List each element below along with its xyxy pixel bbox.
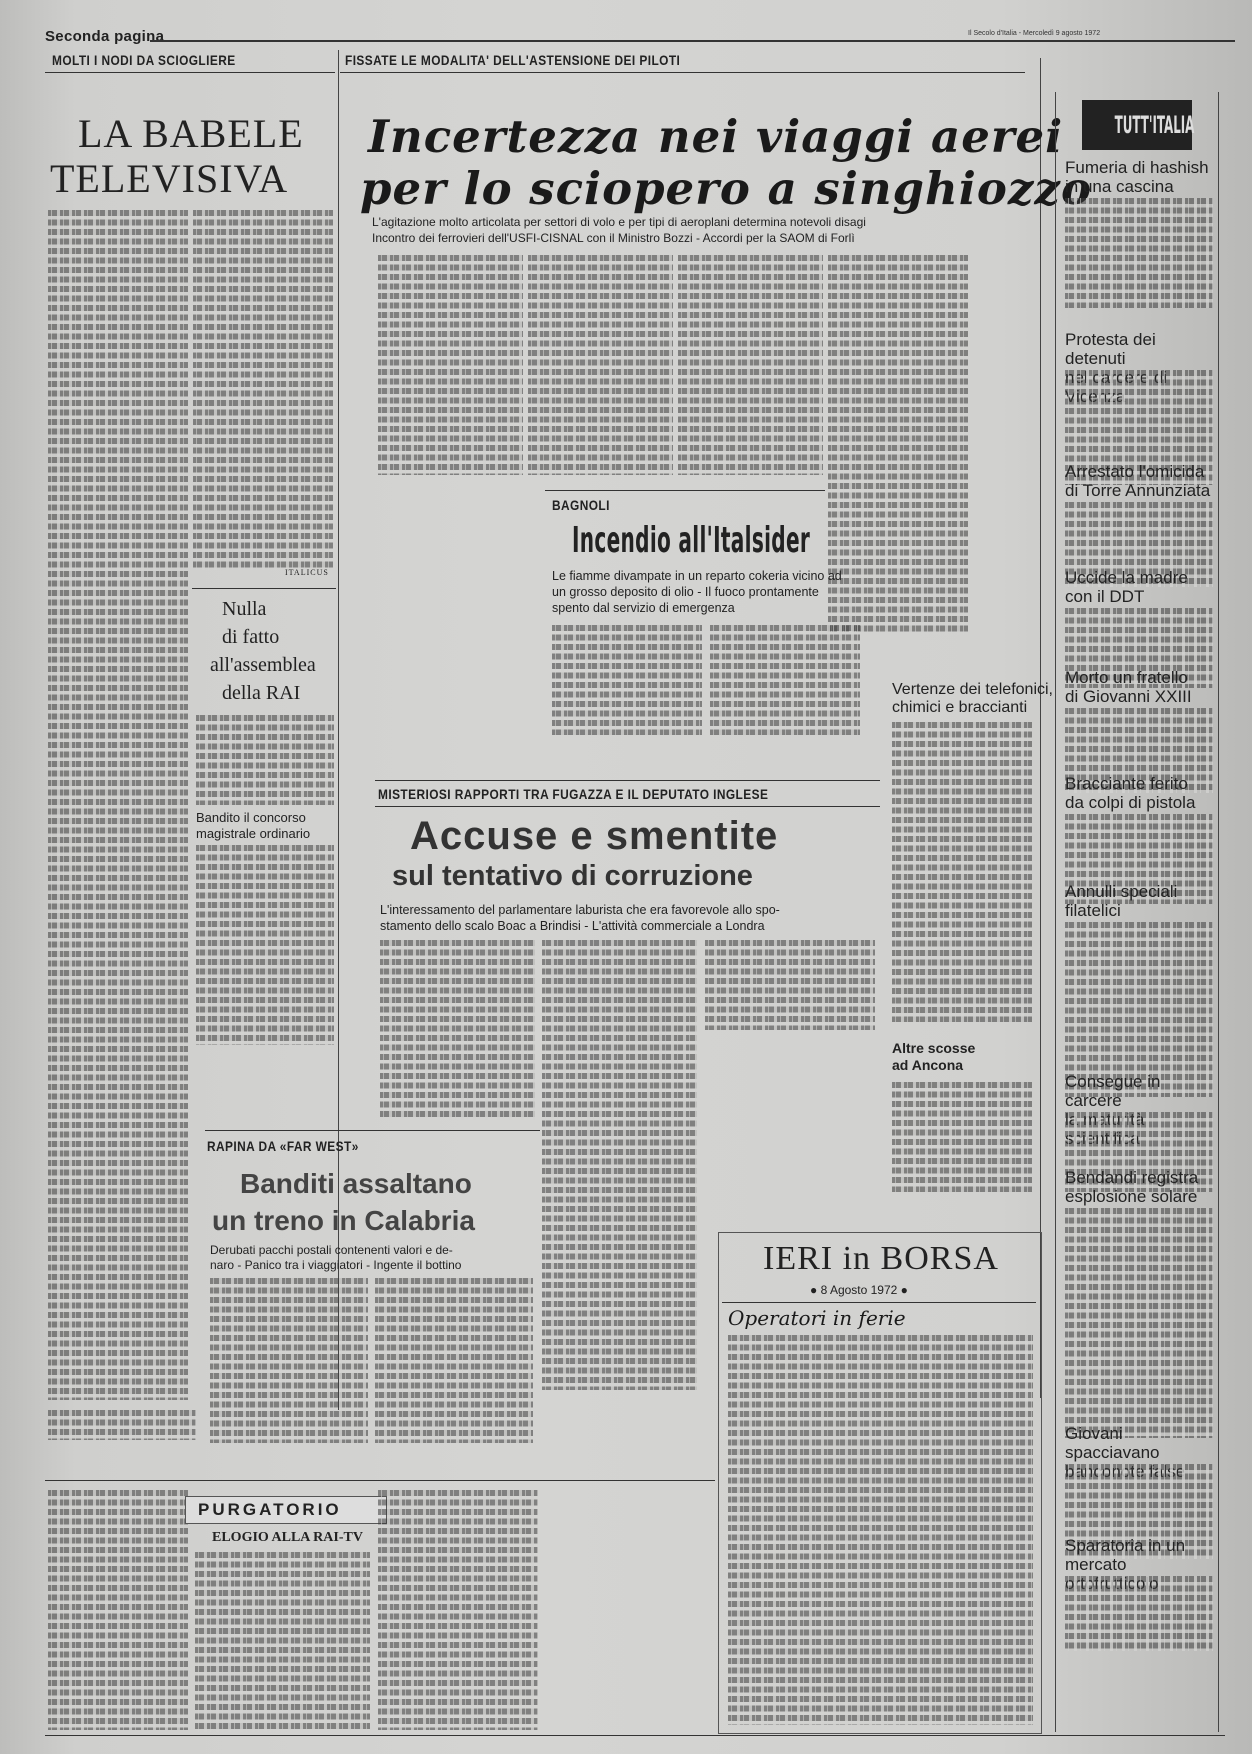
piloti-headline-1: Incertezza nei viaggi aerei (368, 110, 1063, 163)
bullet-icon: ● (810, 1283, 817, 1297)
brief-body (1065, 1576, 1213, 1651)
divider (45, 72, 335, 73)
borsa-date: ● 8 Agosto 1972 ● (810, 1283, 908, 1297)
left-col-lower (48, 1410, 196, 1440)
divider (722, 1302, 1036, 1303)
brief-title-line: Protesta dei detenuti (1065, 330, 1215, 368)
piloti-body-col3 (678, 255, 823, 475)
brief-headline: Bendandi registraesplosione solare (1065, 1168, 1215, 1206)
brief-title-line: da colpi di pistola (1065, 793, 1215, 812)
divider (545, 490, 825, 491)
bandito-headline-2: magistrale ordinario (196, 826, 310, 841)
sidebar-logo: TUTT'ITALIA (1082, 100, 1192, 150)
italsider-kicker: BAGNOLI (552, 497, 610, 513)
nulla-headline-1: Nulla (222, 598, 266, 621)
piloti-headline-2: per lo sciopero a singhiozzo (360, 162, 1092, 215)
banditi-headline-1: Banditi assaltano (240, 1168, 472, 1200)
babele-headline-1: LA BABELE (78, 110, 304, 157)
brief-title-line: Giovani spacciavano (1065, 1424, 1215, 1462)
bandito-headline-1: Bandito il concorso (196, 810, 306, 825)
brief-headline: Bracciante feritoda colpi di pistola (1065, 774, 1215, 812)
brief-headline: Morto un fratellodi Giovanni XXIII (1065, 668, 1215, 706)
brief-body (1065, 1208, 1213, 1438)
brief-headline: Fumeria di hashishin una cascina (1065, 158, 1215, 196)
brief-title-line: Morto un fratello (1065, 668, 1215, 687)
brief-title-line: Sparatoria in un (1065, 1536, 1215, 1555)
vertenze-headline-1: Vertenze dei telefonici, (892, 680, 1053, 699)
italsider-subhead: Le fiamme divampate in un reparto cokeri… (552, 568, 852, 616)
accuse-headline-1: Accuse e smentite (410, 814, 778, 859)
bottom-rule (45, 1735, 1225, 1736)
piloti-body-col1 (378, 255, 523, 475)
divider (45, 1480, 715, 1481)
accuse-body-col1 (380, 940, 535, 1120)
brief-title-line: Uccide la madre (1065, 568, 1215, 587)
section-title: Seconda pagina (45, 28, 164, 45)
banditi-subhead-1: Derubati pacchi postali contenenti valor… (210, 1243, 453, 1257)
purgatorio-body-col1 (48, 1490, 188, 1730)
brief-title-line: di Torre Annunziata (1065, 481, 1215, 500)
accuse-subhead-1: L'interessamento del parlamentare laburi… (380, 903, 780, 917)
brief-title-line: di Giovanni XXIII (1065, 687, 1215, 706)
purgatorio-body-col2 (195, 1552, 370, 1732)
brief-title-line: Arrestato l'omicida (1065, 462, 1215, 481)
accuse-subhead-2: stamento dello scalo Boac a Brindisi - L… (380, 919, 765, 933)
scosse-headline-1: Altre scosse (892, 1040, 975, 1056)
purgatorio-label: PURGATORIO (198, 1500, 342, 1520)
nulla-headline-4: della RAI (222, 682, 300, 705)
divider (205, 1130, 540, 1131)
brief-title-line: filatelici (1065, 901, 1215, 920)
babele-headline-2: TELEVISIVA (50, 155, 288, 202)
brief-title-line: con il DDT (1065, 587, 1215, 606)
borsa-date-text: 8 Agosto 1972 (821, 1283, 898, 1297)
accuse-body-col3 (705, 940, 875, 1030)
borsa-title: IERI in BORSA (763, 1240, 999, 1278)
babele-signature: ITALICUS (285, 568, 329, 577)
piloti-body-col2 (528, 255, 673, 475)
accuse-kicker: MISTERIOSI RAPPORTI TRA FUGAZZA E IL DEP… (378, 786, 768, 802)
purgatorio-body-col3 (378, 1490, 538, 1730)
borsa-headline: Operatori in ferie (728, 1306, 906, 1330)
nulla-headline-2: di fatto (222, 626, 279, 649)
sidebar-border (1218, 92, 1219, 1732)
banditi-body-col1 (210, 1278, 368, 1443)
divider (375, 780, 880, 781)
italsider-body-col1 (552, 625, 702, 735)
babele-body-col2 (193, 210, 333, 570)
vertenze-headline-2: chimici e braccianti (892, 698, 1027, 717)
banditi-body-col2 (375, 1278, 533, 1443)
babele-body-col1 (48, 210, 188, 1400)
piloti-subhead-2: Incontro dei ferrovieri dell'USFI-CISNAL… (372, 231, 855, 245)
dateline: Il Secolo d'Italia - Mercoledì 9 agosto … (968, 30, 1100, 37)
brief-headline: Arrestato l'omicidadi Torre Annunziata (1065, 462, 1215, 500)
divider (192, 588, 336, 589)
brief-body (1065, 198, 1213, 308)
brief-title-line: Bendandi registra (1065, 1168, 1215, 1187)
vertenze-body (892, 722, 1032, 1022)
scosse-body (892, 1082, 1032, 1192)
divider (375, 806, 880, 807)
sidebar-logo-text: TUTT'ITALIA (1115, 100, 1195, 150)
borsa-body (728, 1335, 1033, 1725)
sidebar-border (1055, 92, 1056, 1732)
italsider-headline: Incendio all'Italsider (572, 520, 810, 561)
divider (340, 72, 1025, 73)
piloti-subhead-1: L'agitazione molto articolata per settor… (372, 215, 866, 229)
nulla-body (196, 715, 334, 805)
italsider-body-col2 (710, 625, 860, 735)
piloti-kicker: FISSATE LE MODALITA' DELL'ASTENSIONE DEI… (345, 52, 680, 68)
banditi-kicker: RAPINA DA «FAR WEST» (207, 1138, 359, 1154)
brief-title-line: Consegue in carcere (1065, 1072, 1215, 1110)
brief-title-line: esplosione solare (1065, 1187, 1215, 1206)
banditi-subhead-2: naro - Panico tra i viaggiatori - Ingent… (210, 1258, 461, 1272)
masthead-rule (150, 40, 1235, 42)
babele-kicker: MOLTI I NODI DA SCIOGLIERE (52, 52, 236, 68)
bullet-icon: ● (901, 1283, 908, 1297)
brief-headline: Uccide la madrecon il DDT (1065, 568, 1215, 606)
brief-title-line: Fumeria di hashish (1065, 158, 1215, 177)
column-divider (1040, 58, 1041, 1398)
accuse-body-col2 (542, 940, 697, 1390)
purgatorio-headline: ELOGIO ALLA RAI-TV (212, 1530, 363, 1546)
nulla-headline-3: all'assemblea (210, 654, 316, 677)
brief-headline: Annulli specialifilatelici (1065, 882, 1215, 920)
bandito-body (196, 845, 334, 1045)
brief-body (1065, 922, 1213, 1097)
accuse-headline-2: sul tentativo di corruzione (392, 860, 753, 893)
brief-title-line: in una cascina (1065, 177, 1215, 196)
brief-title-line: Bracciante ferito (1065, 774, 1215, 793)
banditi-headline-2: un treno in Calabria (212, 1205, 475, 1237)
scosse-headline-2: ad Ancona (892, 1057, 963, 1073)
brief-title-line: Annulli speciali (1065, 882, 1215, 901)
newspaper-page: Seconda pagina Il Secolo d'Italia - Merc… (0, 0, 1252, 1754)
